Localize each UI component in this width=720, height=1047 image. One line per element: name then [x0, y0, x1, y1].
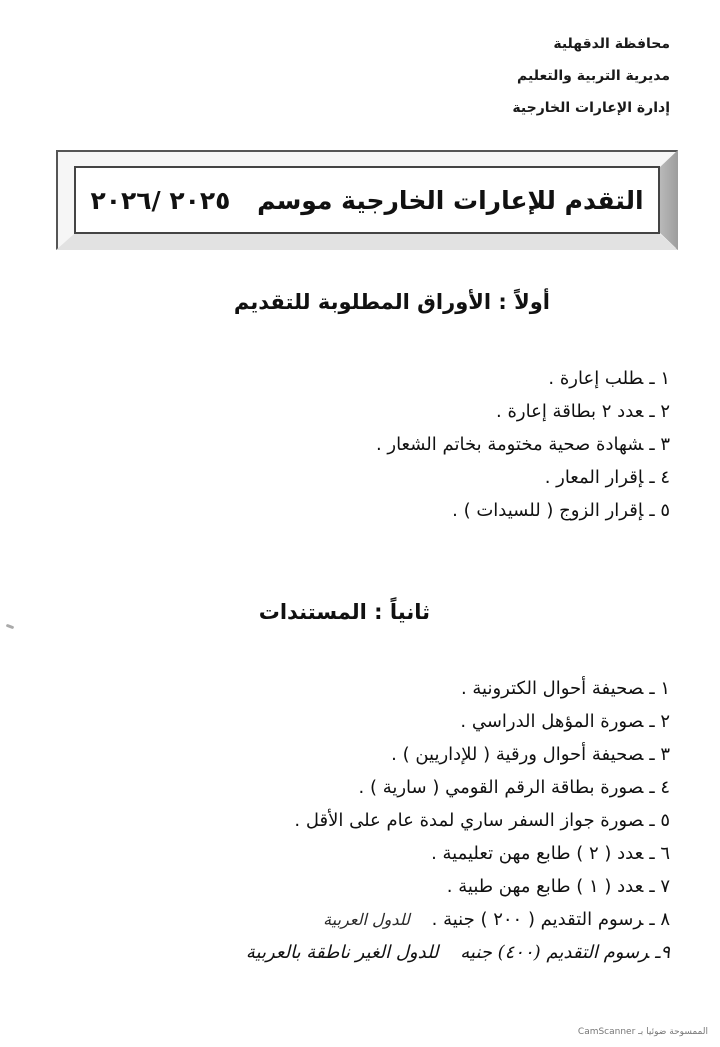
frame-bevel-bottom [56, 234, 678, 250]
required-papers-list: ١ ـطلب إعارة . ٢ ـعدد ٢ بطاقة إعارة . ٣ … [376, 362, 670, 527]
organization-header: محافظة الدقهلية مديرية التربية والتعليم … [512, 28, 670, 124]
list-item: ٨ ـرسوم التقديم ( ٢٠٠ ) جنية . للدول الع… [246, 903, 670, 936]
list-item: ٤ ـإقرار المعار . [376, 461, 670, 494]
list-item: ٣ ـشهادة صحية مختومة بخاتم الشعار . [376, 428, 670, 461]
list-item: ٤ ـصورة بطاقة الرقم القومي ( سارية ) . [246, 771, 670, 804]
list-item: ٥ ـصورة جواز السفر ساري لمدة عام على الأ… [246, 804, 670, 837]
section2-heading: ثانياً : المستندات [259, 600, 430, 624]
handwritten-annotation: للدول الغير ناطقة بالعربية [246, 942, 439, 963]
season-years: ٢٠٢٥ /٢٠٢٦ [90, 186, 230, 215]
list-item: ٦ ـعدد ( ٢ ) طابع مهن تعليمية . [246, 837, 670, 870]
document-title: التقدم للإعارات الخارجية موسم ٢٠٢٥ /٢٠٢٦ [90, 186, 643, 215]
governorate-line: محافظة الدقهلية [512, 28, 670, 60]
department-line: إدارة الإعارات الخارجية [512, 92, 670, 124]
document-page: محافظة الدقهلية مديرية التربية والتعليم … [0, 0, 720, 1047]
handwritten-list-item: ٩ـرسوم التقديم (٤٠٠) جنيه للدول الغير نا… [246, 936, 670, 969]
list-item: ١ ـطلب إعارة . [376, 362, 670, 395]
section1-heading: أولاً : الأوراق المطلوبة للتقديم [234, 290, 550, 314]
list-item: ٣ ـصحيفة أحوال ورقية ( للإداريين ) . [246, 738, 670, 771]
frame-inner: التقدم للإعارات الخارجية موسم ٢٠٢٥ /٢٠٢٦ [74, 166, 660, 234]
list-item: ٥ ـإقرار الزوج ( للسيدات ) . [376, 494, 670, 527]
title-text: التقدم للإعارات الخارجية موسم [257, 186, 643, 215]
list-item: ٢ ـصورة المؤهل الدراسي . [246, 705, 670, 738]
directorate-line: مديرية التربية والتعليم [512, 60, 670, 92]
scan-speck [6, 624, 15, 630]
list-item: ٢ ـعدد ٢ بطاقة إعارة . [376, 395, 670, 428]
handwritten-annotation: للدول العربية [323, 910, 410, 929]
scanner-watermark: الممسوحة ضوئيا بـ CamScanner [578, 1027, 708, 1037]
title-frame: التقدم للإعارات الخارجية موسم ٢٠٢٥ /٢٠٢٦ [56, 150, 678, 250]
list-item: ١ ـصحيفة أحوال الكترونية . [246, 672, 670, 705]
list-item: ٧ ـعدد ( ١ ) طابع مهن طبية . [246, 870, 670, 903]
documents-list: ١ ـصحيفة أحوال الكترونية . ٢ ـصورة المؤه… [246, 672, 670, 969]
